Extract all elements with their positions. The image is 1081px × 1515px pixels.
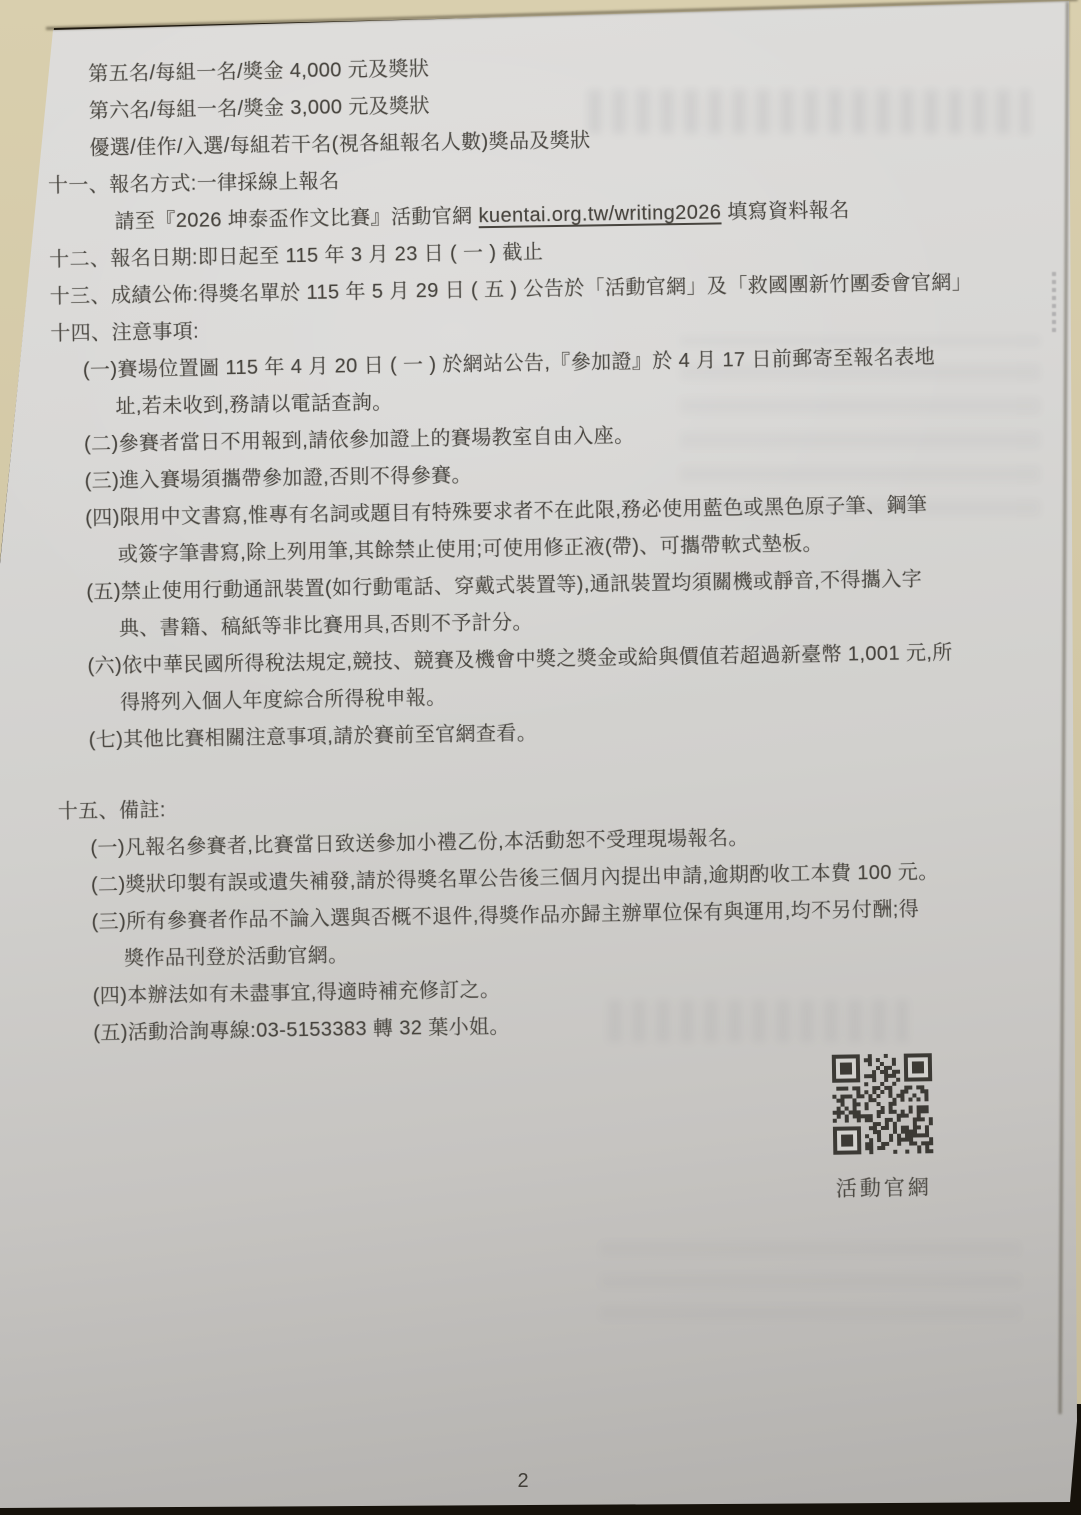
margin-print-mark [1052, 272, 1056, 334]
document-text: 第五名/每組一名/獎金 4,000 元及獎狀 第六名/每組一名/獎金 3,000… [46, 41, 1052, 1052]
bleedthrough-smudge [600, 1230, 1020, 1320]
scanned-document-photo: 第五名/每組一名/獎金 4,000 元及獎狀 第六名/每組一名/獎金 3,000… [0, 0, 1081, 1515]
page-number: 2 [508, 1470, 538, 1493]
registration-site-suffix: 填寫資料報名 [721, 199, 850, 223]
qr-caption: 活動官網 [834, 1169, 935, 1208]
qr-code [832, 1053, 934, 1155]
paper-sheet: 第五名/每組一名/獎金 4,000 元及獎狀 第六名/每組一名/獎金 3,000… [0, 0, 1081, 1515]
registration-site-prefix: 請至『2026 坤泰盃作文比賽』活動官網 [114, 205, 478, 233]
qr-block: 活動官網 [832, 1053, 934, 1208]
registration-url: kuentai.org.tw/writing2026 [478, 201, 721, 227]
